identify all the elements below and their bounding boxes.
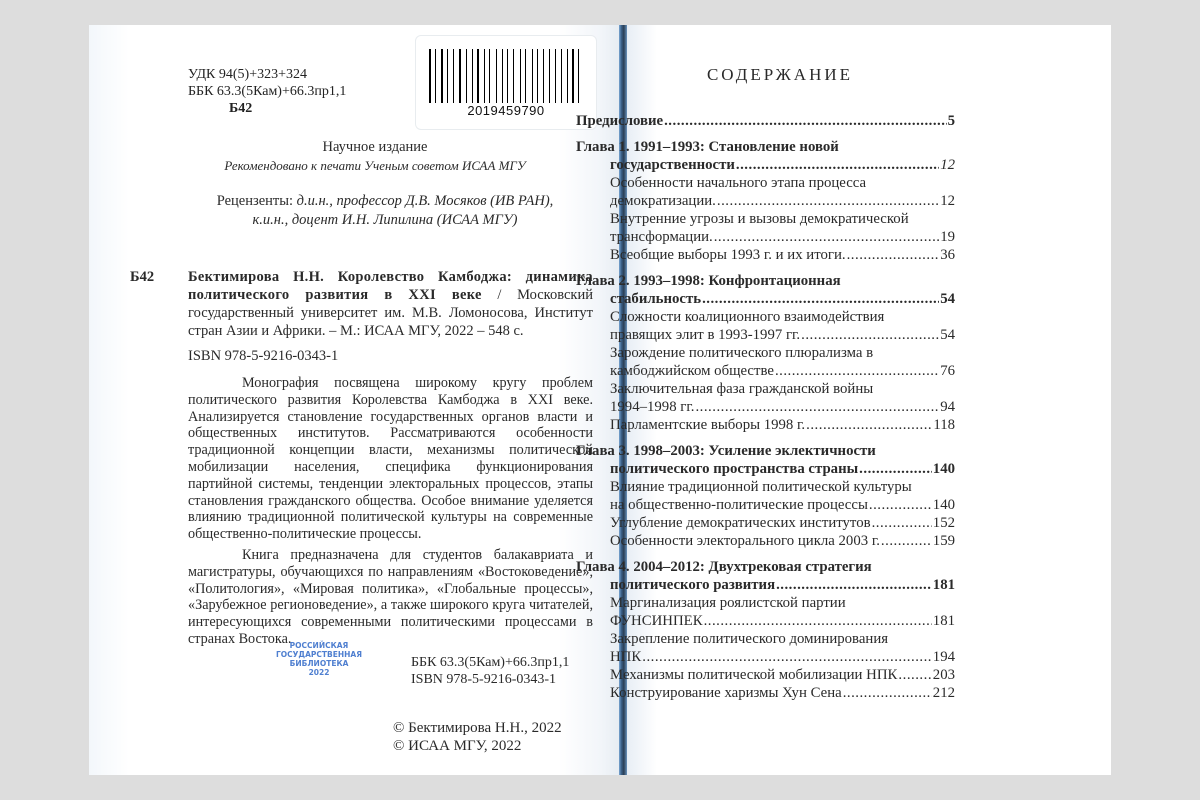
toc-section-line: Конструирование харизмы Хун Сена212 [610,684,955,702]
page-number: 159 [933,532,955,550]
toc-chapter-line: политического пространства страны140 [576,460,955,478]
toc-section: Особенности электорального цикла 2003 г.… [576,532,955,550]
toc-section-line: 1994–1998 гг.94 [610,398,955,416]
barcode-number: 2019459790 [416,103,596,118]
dot-leader [717,192,939,210]
toc-section-line: камбоджийском обществе76 [610,362,955,380]
page-number: 12 [940,192,955,210]
copyright-author: © Бектимирова Н.Н., 2022 [393,719,562,737]
udk-code: УДК 94(5)+323+324 [188,66,346,83]
page-number: 181 [933,612,955,630]
page-number: 140 [933,496,955,514]
toc-section-line: Механизмы политической мобилизации НПК20… [610,666,955,684]
page-number: 118 [933,416,955,434]
toc-section: Особенности начального этапа процессадем… [576,174,955,210]
dot-leader [664,112,946,130]
dot-leader [869,496,932,514]
page-number: 152 [933,514,955,532]
reviewer-2: к.и.н., доцент И.Н. Липилина (ИСАА МГУ) [253,212,518,228]
biblio-tag: Б42 [130,268,154,286]
toc-section: Всеобщие выборы 1993 г. и их итоги.36 [576,246,955,264]
abstract-paragraph: Монография посвящена широкому кругу проб… [188,375,593,543]
page-number: 12 [940,156,955,174]
dot-leader [843,684,932,702]
toc-section-line: НПК194 [610,648,955,666]
toc-chapter-line: политического развития181 [576,576,955,594]
dot-leader [847,246,940,264]
toc-chapter: Глава 3. 1998–2003: Усиление эклектичнос… [576,442,955,478]
page-number: 203 [933,666,955,684]
isbn: ISBN 978-5-9216-0343-1 [188,348,338,365]
author-cipher: Б42 [188,100,346,117]
dot-leader [898,666,931,684]
dot-leader [859,460,932,478]
toc-section: Закрепление политического доминированияН… [576,630,955,666]
toc-section-line: Всеобщие выборы 1993 г. и их итоги.36 [610,246,955,264]
page-number: 194 [933,648,955,666]
toc-section-line: ФУНСИНПЕК181 [610,612,955,630]
recommendation: Рекомендовано к печати Ученым советом ИС… [109,158,641,174]
bottom-codes: ББК 63.3(5Кам)+66.3пр1,1 ISBN 978-5-9216… [411,654,569,688]
dot-leader [642,648,932,666]
abstract-paragraph: Книга предназначена для студентов балака… [188,547,593,648]
library-stamp: РОССИЙСКАЯ ГОСУДАРСТВЕННАЯ БИБЛИОТЕКА 20… [265,641,373,677]
dot-leader [872,514,932,532]
toc-section-line: демократизации.12 [610,192,955,210]
page-number: 181 [933,576,955,594]
page-number: 212 [933,684,955,702]
dot-leader [695,398,939,416]
toc-chapter-line: стабильность54 [576,290,955,308]
dot-leader [702,290,939,308]
page-number: 5 [948,112,955,130]
toc-section: Заключительная фаза гражданской войны199… [576,380,955,416]
toc-section-line: на общественно-политические процессы140 [610,496,955,514]
page-number: 94 [940,398,955,416]
toc-section-line: трансформации.19 [610,228,955,246]
toc-section: Сложности коалиционного взаимодействияпр… [576,308,955,344]
toc-section: Конструирование харизмы Хун Сена212 [576,684,955,702]
edition-type: Научное издание [109,139,641,156]
dot-leader [736,156,939,174]
copyright-publisher: © ИСАА МГУ, 2022 [393,737,562,755]
toc-section: Влияние традиционной политической культу… [576,478,955,514]
toc-title: СОДЕРЖАНИЕ [538,65,1022,85]
toc-section: Углубление демократических институтов152 [576,514,955,532]
bbk-bottom: ББК 63.3(5Кам)+66.3пр1,1 [411,654,569,671]
toc-section: Внутренние угрозы и вызовы демократическ… [576,210,955,246]
page-number: 76 [940,362,955,380]
table-of-contents: Предисловие5Глава 1. 1991–1993: Становле… [576,112,955,702]
page-number: 54 [940,326,955,344]
toc-section-line: Углубление демократических институтов152 [610,514,955,532]
dot-leader [881,532,932,550]
toc-chapter: Глава 4. 2004–2012: Двухтрековая стратег… [576,558,955,594]
page-number: 36 [940,246,955,264]
bibliographic-record: Б42 Бектимирова Н.Н. Королевство Камбодж… [188,268,593,340]
toc-chapter-line: государственности12 [576,156,955,174]
toc-section-line: Парламентские выборы 1998 г.118 [610,416,955,434]
dot-leader [775,362,939,380]
dot-leader [714,228,939,246]
abstract: Монография посвящена широкому кругу проб… [188,375,593,648]
toc-preface: Предисловие5 [576,112,955,130]
toc-section: Маргинализация роялистской партииФУНСИНП… [576,594,955,630]
toc-section-line: правящих элит в 1993-1997 гг.54 [610,326,955,344]
left-page: УДК 94(5)+323+324 ББК 63.3(5Кам)+66.3пр1… [89,25,621,775]
toc-section: Механизмы политической мобилизации НПК20… [576,666,955,684]
page-number: 19 [940,228,955,246]
dot-leader [801,326,939,344]
copyright-block: © Бектимирова Н.Н., 2022 © ИСАА МГУ, 202… [393,719,562,755]
isbn-bottom: ISBN 978-5-9216-0343-1 [411,671,569,688]
reviewers: Рецензенты: д.и.н., профессор Д.В. Мосяк… [119,192,651,230]
dot-leader [806,416,932,434]
classification-codes: УДК 94(5)+323+324 ББК 63.3(5Кам)+66.3пр1… [188,66,346,117]
dot-leader [776,576,932,594]
reviewer-1: д.и.н., профессор Д.В. Мосяков (ИВ РАН), [297,193,554,209]
toc-chapter: Глава 2. 1993–1998: Конфронтационнаястаб… [576,272,955,308]
bbk-code: ББК 63.3(5Кам)+66.3пр1,1 [188,83,346,100]
toc-section-line: Особенности электорального цикла 2003 г.… [610,532,955,550]
dot-leader [704,612,932,630]
page-number: 54 [940,290,955,308]
page-number: 140 [933,460,955,478]
toc-section: Парламентские выборы 1998 г.118 [576,416,955,434]
toc-section: Зарождение политического плюрализма вкам… [576,344,955,380]
reviewers-label: Рецензенты: [217,193,293,209]
toc-chapter: Глава 1. 1991–1993: Становление новойгос… [576,138,955,174]
